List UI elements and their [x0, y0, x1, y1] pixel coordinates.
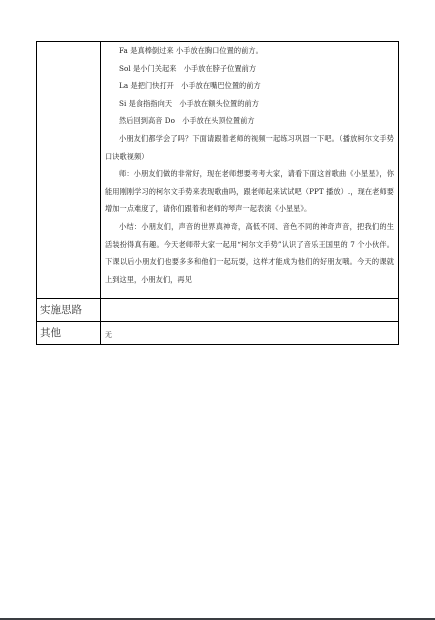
document-page: Fa 是真棒倒过来 小手放在胸口位置的前方。 Sol 是小门关起来 小手放在脖子… [0, 0, 435, 618]
approach-label: 实施思路 [37, 299, 101, 322]
table-row-other: 其他 无 [37, 322, 399, 345]
table-row-approach: 实施思路 [37, 299, 399, 322]
lesson-plan-table: Fa 是真棒倒过来 小手放在胸口位置的前方。 Sol 是小门关起来 小手放在脖子… [36, 41, 399, 345]
hand-sign-line-fa: Fa 是真棒倒过来 小手放在胸口位置的前方。 [105, 42, 394, 60]
paragraph-practice-video: 小朋友们都学会了吗？下面请跟着老师的视频一起练习巩固一下吧。（播放柯尔文手势口诀… [105, 130, 394, 165]
table-row-main: Fa 是真棒倒过来 小手放在胸口位置的前方。 Sol 是小门关起来 小手放在脖子… [37, 42, 399, 299]
other-value: 无 [105, 331, 112, 339]
main-row-content: Fa 是真棒倒过来 小手放在胸口位置的前方。 Sol 是小门关起来 小手放在脖子… [101, 42, 399, 299]
hand-sign-line-si: Si 是食指指向天 小手放在额头位置的前方 [105, 95, 394, 113]
lesson-content: Fa 是真棒倒过来 小手放在胸口位置的前方。 Sol 是小门关起来 小手放在脖子… [105, 42, 394, 290]
approach-value [101, 299, 399, 322]
paragraph-summary: 小结：小朋友们，声音的世界真神奇，高低不同、音色不同的神奇声音，把我们的生活装扮… [105, 218, 394, 288]
hand-sign-line-la: La 是把门快打开 小手放在嘴巴位置的前方 [105, 77, 394, 95]
paragraph-teacher-instruction: 师：小朋友们做的非常好，现在老师想要考考大家，请看下面这首歌曲《小星星》，你能用… [105, 165, 394, 218]
other-label: 其他 [37, 322, 101, 345]
other-value-cell: 无 [101, 322, 399, 345]
hand-sign-line-do: 然后回到高音 Do 小手放在头顶位置前方 [105, 112, 394, 130]
main-row-label [37, 42, 101, 299]
hand-sign-line-sol: Sol 是小门关起来 小手放在脖子位置前方 [105, 60, 394, 78]
